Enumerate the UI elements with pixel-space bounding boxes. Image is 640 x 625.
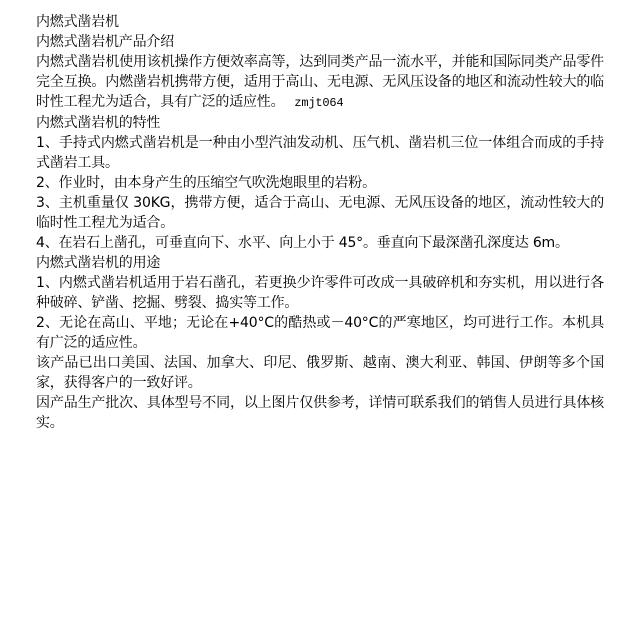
- product-code: zmjt064: [294, 96, 343, 110]
- product-description: 内燃式凿岩机 内燃式凿岩机产品介绍 内燃式凿岩机使用该机操作方便效率高等，达到同…: [36, 12, 604, 433]
- feature-item: 1、手持式内燃式凿岩机是一种由小型汽油发动机、压气机、凿岩机三位一体组合而成的手…: [36, 133, 604, 173]
- page-title: 内燃式凿岩机: [36, 12, 604, 32]
- feature-item: 4、在岩石上凿孔，可垂直向下、水平、向上小于 45°。垂直向下最深凿孔深度达 6…: [36, 233, 604, 253]
- disclaimer: 因产品生产批次、具体型号不同，以上图片仅供参考，详情可联系我们的销售人员进行具体…: [36, 393, 604, 433]
- feature-item: 3、主机重量仅 30KG，携带方便，适合于高山、无电源、无风压设备的地区，流动性…: [36, 193, 604, 233]
- use-item: 1、内燃式凿岩机适用于岩石凿孔，若更换少许零件可改成一具破碎机和夯实机，用以进行…: [36, 273, 604, 313]
- feature-item: 2、作业时，由本身产生的压缩空气吹洗炮眼里的岩粉。: [36, 173, 604, 193]
- use-item: 2、无论在高山、平地；无论在+40°C的酷热或－40°C的严寒地区，均可进行工作…: [36, 313, 604, 353]
- features-heading: 内燃式凿岩机的特性: [36, 113, 604, 133]
- intro-heading: 内燃式凿岩机产品介绍: [36, 32, 604, 52]
- uses-heading: 内燃式凿岩机的用途: [36, 253, 604, 273]
- export-note: 该产品已出口美国、法国、加拿大、印尼、俄罗斯、越南、澳大利亚、韩国、伊朗等多个国…: [36, 353, 604, 393]
- intro-paragraph: 内燃式凿岩机使用该机操作方便效率高等，达到同类产品一流水平，并能和国际同类产品零…: [36, 52, 604, 113]
